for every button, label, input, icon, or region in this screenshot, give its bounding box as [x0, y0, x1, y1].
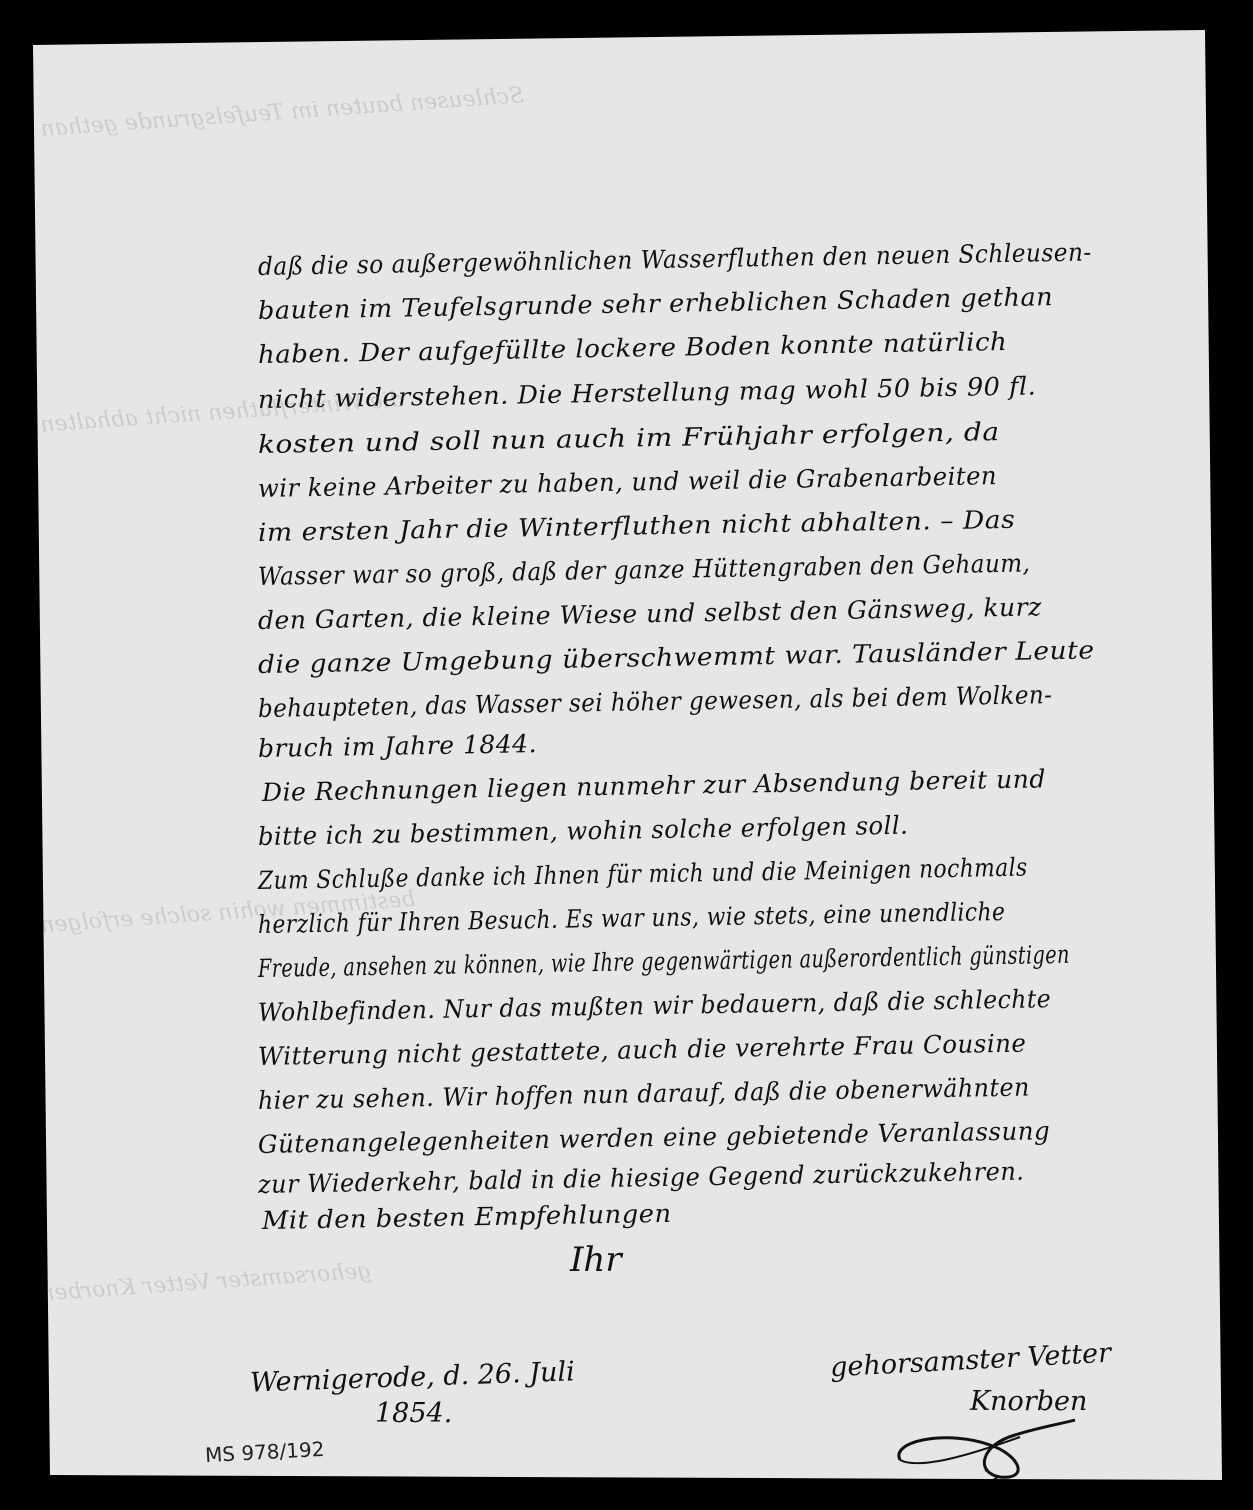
letter-line: bauten im Teufelsgrunde sehr erheblichen…: [258, 282, 1054, 325]
bleed-through-text: gehorsamster Vetter Knorben: [40, 1258, 373, 1306]
letter-line: die ganze Umgebung überschwemmt war. Tau…: [258, 635, 1095, 679]
letter-line: bitte ich zu bestimmen, wohin solche erf…: [258, 811, 909, 851]
letter-line: haben. Der aufgefüllte lockere Boden kon…: [258, 327, 1008, 369]
letter-line: Wasser war so groß, daß der ganze Hütten…: [258, 549, 1031, 591]
letter-line: bruch im Jahre 1844.: [258, 729, 538, 763]
letter-line: Mit den besten Empfehlungen: [262, 1199, 672, 1235]
signature-closing: gehorsamster Vetter: [829, 1338, 1111, 1384]
letter-line: behaupteten, das Wasser sei höher gewese…: [258, 680, 1053, 723]
bleed-through-text: Schleusen bauten im Teufelsgrunde gethan: [40, 83, 525, 142]
manuscript-page: Schleusen bauten im Teufelsgrunde gethan…: [0, 0, 1253, 1510]
letter-line: kosten und soll nun auch im Frühjahr erf…: [258, 417, 1000, 459]
closing-word: Ihr: [570, 1240, 622, 1280]
letter-line: daß die so außergewöhnlichen Wasserfluth…: [258, 237, 1092, 281]
letter-line: Die Rechnungen liegen nunmehr zur Absend…: [262, 764, 1046, 807]
shelfmark: MS 978/192: [204, 1437, 324, 1467]
signature-flourish-icon: [880, 1415, 1080, 1495]
letter-line: hier zu sehen. Wir hoffen nun darauf, da…: [258, 1073, 1030, 1115]
place-date: Wernigerode, d. 26. Juli: [250, 1356, 576, 1398]
letter-line: Witterung nicht gestattete, auch die ver…: [258, 1029, 1027, 1071]
letter-line: Zum Schluße danke ich Ihnen für mich und…: [258, 853, 1028, 895]
letter-line: wir keine Arbeiter zu haben, und weil di…: [258, 461, 998, 503]
letter-line: Gütenangelegenheiten werden eine gebiete…: [258, 1116, 1051, 1159]
letter-line: im ersten Jahr die Winterfluthen nicht a…: [258, 505, 1016, 547]
letter-line: Freude, ansehen zu können, wie Ihre gege…: [258, 940, 1070, 983]
letter-line: nicht widerstehen. Die Herstellung mag w…: [258, 371, 1037, 414]
letter-line: den Garten, die kleine Wiese und selbst …: [258, 592, 1042, 635]
letter-line: Wohlbefinden. Nur das mußten wir bedauer…: [258, 984, 1052, 1027]
letter-line: zur Wiederkehr, bald in die hiesige Gege…: [258, 1157, 1025, 1199]
year: 1854.: [375, 1398, 452, 1429]
signature-name: Knorben: [970, 1386, 1087, 1417]
